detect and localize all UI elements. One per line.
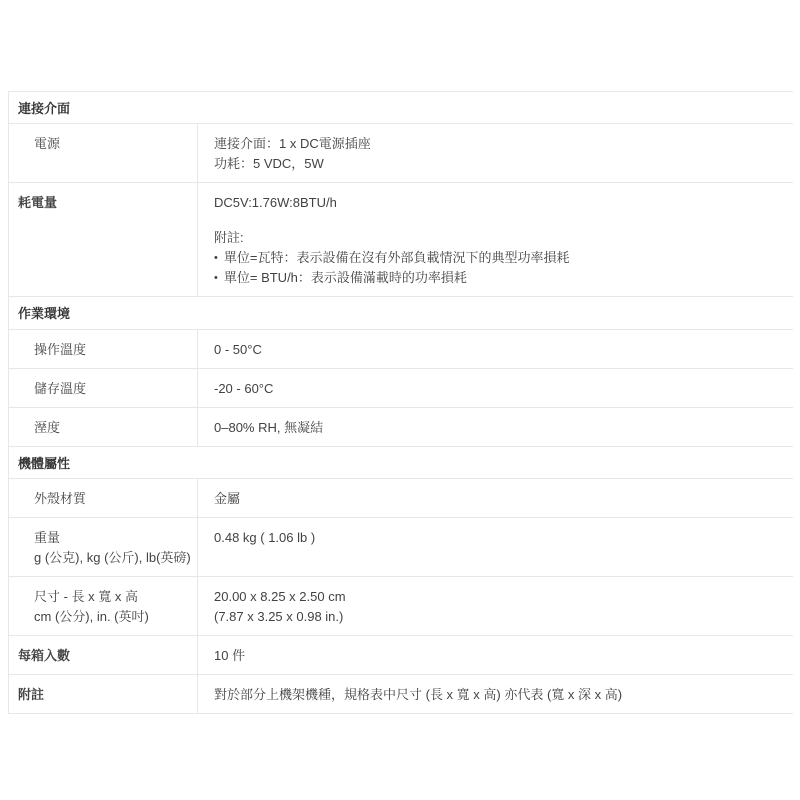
spec-label: 附註 bbox=[9, 675, 197, 713]
spec-label-line: g (公克), kg (公斤), lb(英磅) bbox=[34, 548, 191, 568]
spec-value-text: 附註: bbox=[214, 230, 244, 245]
bullet-icon: • bbox=[214, 248, 218, 268]
spec-value-line: 0.48 kg ( 1.06 lb ) bbox=[214, 528, 781, 548]
table-row: 每箱入數10 件 bbox=[9, 636, 793, 675]
table-row: 重量g (公克), kg (公斤), lb(英磅)0.48 kg ( 1.06 … bbox=[9, 518, 793, 577]
spec-label: 耗電量 bbox=[9, 183, 197, 296]
table-row: 耗電量DC5V:1.76W:8BTU/h附註:•單位=瓦特：表示設備在沒有外部負… bbox=[9, 183, 793, 297]
spec-label-line: 重量 bbox=[34, 528, 191, 548]
spec-value-line: 金屬 bbox=[214, 489, 781, 509]
spec-value-text: 單位= BTU/h：表示設備滿載時的功率損耗 bbox=[224, 270, 467, 285]
table-row: 溼度0–80% RH, 無凝結 bbox=[9, 408, 793, 447]
bullet-icon: • bbox=[214, 268, 218, 288]
spec-value-line: 20.00 x 8.25 x 2.50 cm bbox=[214, 587, 781, 607]
spec-value-text: DC5V:1.76W:8BTU/h bbox=[214, 195, 337, 210]
spec-label: 電源 bbox=[9, 124, 197, 182]
spec-label-line: 尺寸 - 長 x 寬 x 高 bbox=[34, 587, 191, 607]
spec-value: 10 件 bbox=[197, 636, 793, 674]
spec-value-line: DC5V:1.76W:8BTU/h bbox=[214, 193, 781, 213]
section-header: 作業環境 bbox=[9, 297, 793, 330]
table-row: 電源連接介面：1 x DC電源插座功耗：5 VDC，5W bbox=[9, 124, 793, 183]
spec-value-text: 金屬 bbox=[214, 491, 240, 506]
spec-value: -20 - 60°C bbox=[197, 369, 793, 407]
spec-value-text: 0–80% RH, 無凝結 bbox=[214, 420, 323, 435]
spec-label-line: 電源 bbox=[34, 134, 191, 154]
spec-label: 外殼材質 bbox=[9, 479, 197, 517]
table-row: 操作溫度0 - 50°C bbox=[9, 330, 793, 369]
spec-value-line: (7.87 x 3.25 x 0.98 in.) bbox=[214, 607, 781, 627]
table-row: 外殼材質金屬 bbox=[9, 479, 793, 518]
spec-value-text: 0 - 50°C bbox=[214, 342, 262, 357]
spec-value-text: (7.87 x 3.25 x 0.98 in.) bbox=[214, 609, 343, 624]
spec-value-line: -20 - 60°C bbox=[214, 379, 781, 399]
spec-value: 0 - 50°C bbox=[197, 330, 793, 368]
spec-label: 每箱入數 bbox=[9, 636, 197, 674]
spec-value-text: 10 件 bbox=[214, 648, 245, 663]
spec-value: DC5V:1.76W:8BTU/h附註:•單位=瓦特：表示設備在沒有外部負載情況… bbox=[197, 183, 793, 296]
spec-value-line: 0–80% RH, 無凝結 bbox=[214, 418, 781, 438]
spec-value-line bbox=[214, 213, 781, 228]
spec-value-line: 附註: bbox=[214, 228, 781, 248]
spec-label: 儲存溫度 bbox=[9, 369, 197, 407]
spec-label-line: 溼度 bbox=[34, 418, 191, 438]
spec-label: 重量g (公克), kg (公斤), lb(英磅) bbox=[9, 518, 197, 576]
spec-value: 0.48 kg ( 1.06 lb ) bbox=[197, 518, 793, 576]
spec-table: 連接介面電源連接介面：1 x DC電源插座功耗：5 VDC，5W耗電量DC5V:… bbox=[8, 91, 793, 714]
spec-value-line: 功耗：5 VDC，5W bbox=[214, 154, 781, 174]
spec-value-bullet-line: •單位=瓦特：表示設備在沒有外部負載情況下的典型功率損耗 bbox=[214, 248, 781, 268]
spec-label-line: 外殼材質 bbox=[34, 489, 191, 509]
spec-value: 20.00 x 8.25 x 2.50 cm(7.87 x 3.25 x 0.9… bbox=[197, 577, 793, 635]
spec-value-text: 0.48 kg ( 1.06 lb ) bbox=[214, 530, 315, 545]
section-title: 機體屬性 bbox=[18, 456, 70, 471]
spec-label: 操作溫度 bbox=[9, 330, 197, 368]
spec-value-line: 0 - 50°C bbox=[214, 340, 781, 360]
spec-value-text: -20 - 60°C bbox=[214, 381, 273, 396]
spec-value: 對於部分上機架機種，規格表中尺寸 (長 x 寬 x 高) 亦代表 (寬 x 深 … bbox=[197, 675, 793, 713]
spec-label-line: 儲存溫度 bbox=[34, 379, 191, 399]
spec-value: 金屬 bbox=[197, 479, 793, 517]
spec-value-line: 連接介面：1 x DC電源插座 bbox=[214, 134, 781, 154]
section-title: 作業環境 bbox=[18, 306, 70, 321]
section-header: 連接介面 bbox=[9, 92, 793, 124]
spec-value-bullet-line: •單位= BTU/h：表示設備滿載時的功率損耗 bbox=[214, 268, 781, 288]
spec-value-line: 10 件 bbox=[214, 646, 781, 666]
spec-label-line: 每箱入數 bbox=[18, 646, 191, 666]
spec-value: 0–80% RH, 無凝結 bbox=[197, 408, 793, 446]
table-row: 儲存溫度-20 - 60°C bbox=[9, 369, 793, 408]
spec-label-line: 附註 bbox=[18, 685, 191, 705]
section-header: 機體屬性 bbox=[9, 447, 793, 479]
table-row: 附註對於部分上機架機種，規格表中尺寸 (長 x 寬 x 高) 亦代表 (寬 x … bbox=[9, 675, 793, 714]
spec-value-text: 連接介面：1 x DC電源插座 bbox=[214, 136, 371, 151]
spec-value: 連接介面：1 x DC電源插座功耗：5 VDC，5W bbox=[197, 124, 793, 182]
spec-value-text: 對於部分上機架機種，規格表中尺寸 (長 x 寬 x 高) 亦代表 (寬 x 深 … bbox=[214, 687, 622, 702]
spec-label-line: cm (公分), in. (英吋) bbox=[34, 607, 191, 627]
section-title: 連接介面 bbox=[18, 101, 70, 116]
spec-label: 尺寸 - 長 x 寬 x 高cm (公分), in. (英吋) bbox=[9, 577, 197, 635]
spec-label-line: 操作溫度 bbox=[34, 340, 191, 360]
table-row: 尺寸 - 長 x 寬 x 高cm (公分), in. (英吋)20.00 x 8… bbox=[9, 577, 793, 636]
spec-label: 溼度 bbox=[9, 408, 197, 446]
spec-value-text: 功耗：5 VDC，5W bbox=[214, 156, 324, 171]
spec-value-line: 對於部分上機架機種，規格表中尺寸 (長 x 寬 x 高) 亦代表 (寬 x 深 … bbox=[214, 685, 781, 705]
spec-value-text: 20.00 x 8.25 x 2.50 cm bbox=[214, 589, 346, 604]
spec-value-text: 單位=瓦特：表示設備在沒有外部負載情況下的典型功率損耗 bbox=[224, 250, 570, 265]
spec-label-line: 耗電量 bbox=[18, 193, 191, 213]
